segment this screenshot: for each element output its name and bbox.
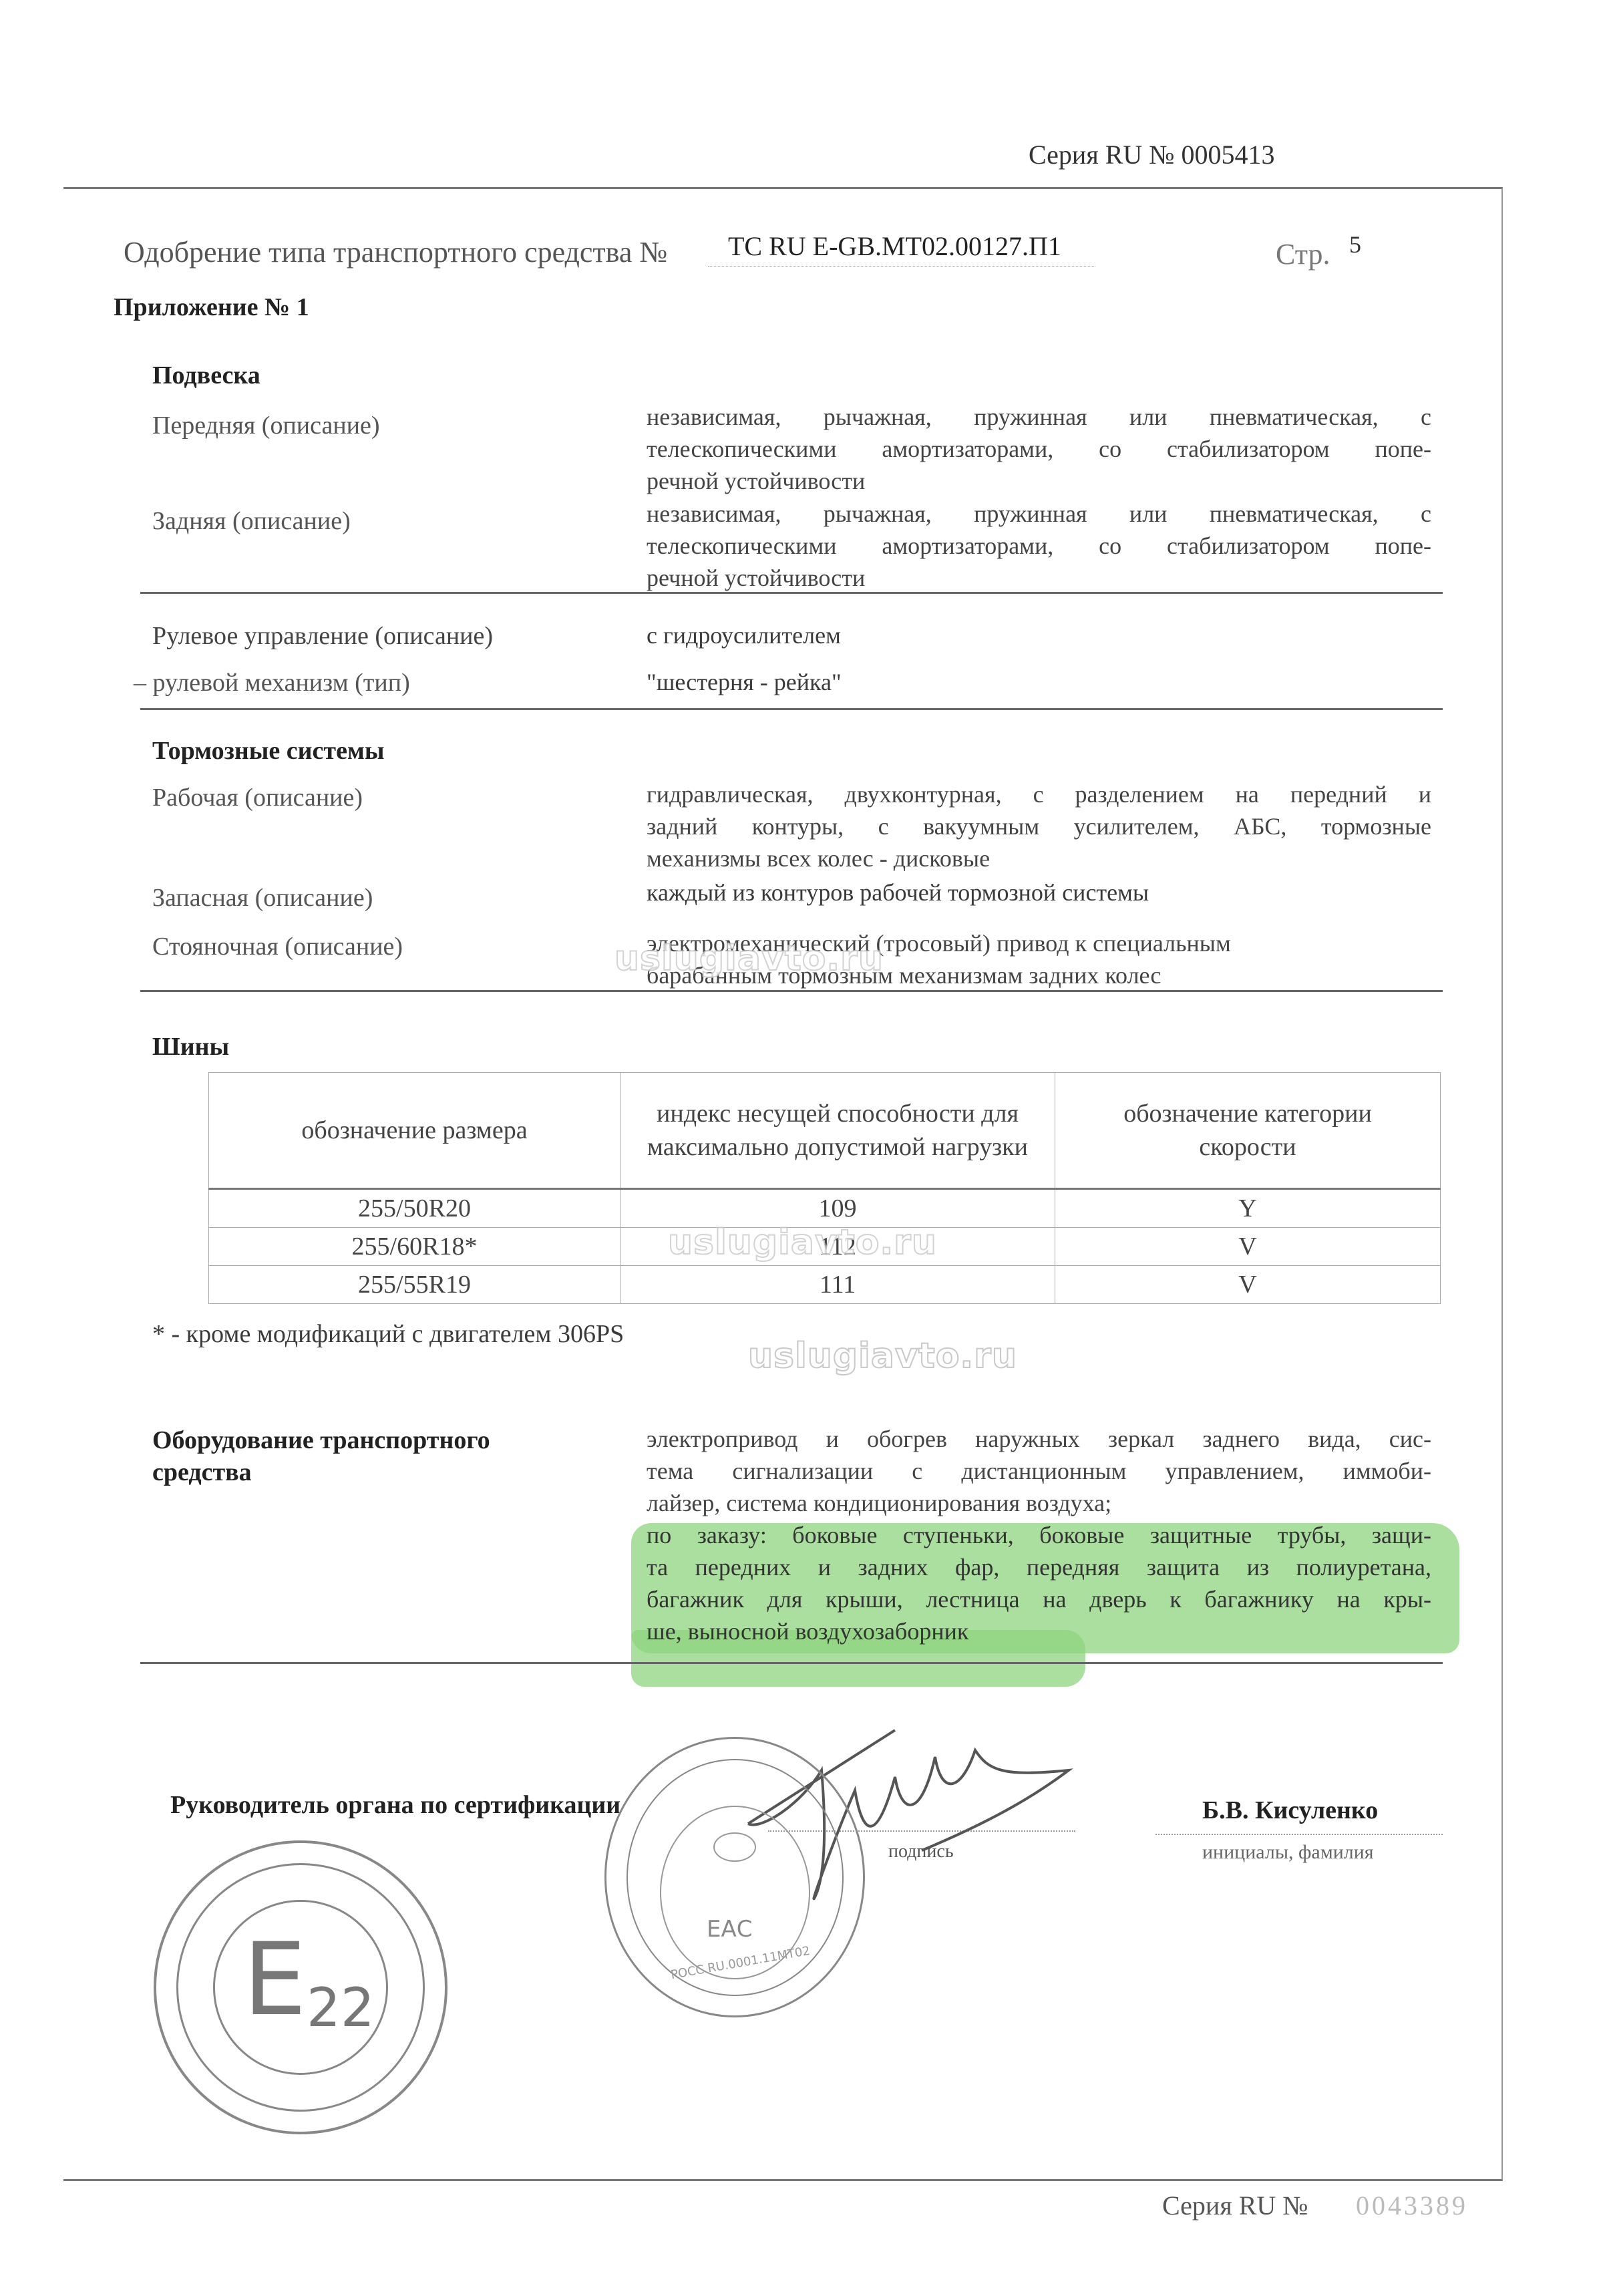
series-number-top: Серия RU № 0005413 <box>1029 139 1274 171</box>
tire-load-index: 111 <box>620 1266 1055 1304</box>
rear-suspension-label: Задняя (описание) <box>152 506 351 537</box>
steering-value: с гидроусилителем <box>647 621 841 650</box>
watermark: uslugiavto.ru <box>668 1222 937 1263</box>
steering-label: Рулевое управление (описание) <box>152 621 493 652</box>
tire-size: 255/60R18* <box>209 1228 620 1266</box>
approval-number-underline <box>708 266 1095 267</box>
separator <box>140 1662 1443 1664</box>
series-label-bottom: Серия RU № <box>1162 2190 1308 2222</box>
col-load-index: индекс несущей способности для максималь… <box>620 1073 1055 1189</box>
front-suspension-label: Передняя (описание) <box>152 411 380 442</box>
col-size: обозначение размера <box>209 1073 620 1189</box>
brakes-heading: Тормозные системы <box>152 736 385 767</box>
suspension-heading: Подвеска <box>152 361 260 391</box>
signatory-name: Б.В. Кисуленко <box>1202 1796 1378 1826</box>
steering-mechanism-value: "шестерня - рейка" <box>647 668 842 697</box>
separator <box>140 592 1443 594</box>
tire-size: 255/55R19 <box>209 1266 620 1304</box>
tire-row: 255/55R19111V <box>209 1266 1441 1304</box>
series-number-bottom: 0043389 <box>1356 2190 1468 2222</box>
col-speed-category: обозначение категории скорости <box>1055 1073 1441 1189</box>
service-brake-value: гидравлическая, двухконтурная, с разделе… <box>647 778 1431 874</box>
signatory-role: Руководитель органа по сертификации <box>170 1790 620 1821</box>
front-suspension-value: независимая, рычажная, пружинная или пне… <box>647 401 1431 497</box>
tire-size: 255/50R20 <box>209 1189 620 1228</box>
tire-speed: V <box>1055 1266 1441 1304</box>
tire-load-index: 109 <box>620 1189 1055 1228</box>
page-number: 5 <box>1349 230 1361 259</box>
stamp-eac-mark: ЕАС <box>707 1916 752 1943</box>
tire-speed: Y <box>1055 1189 1441 1228</box>
stamp-logo-icon <box>713 1832 756 1862</box>
certification-body-stamp: ЕАС РОСС RU.0001.11МТ02 <box>604 1737 865 2017</box>
tires-heading: Шины <box>152 1032 229 1063</box>
separator <box>140 708 1443 710</box>
rear-suspension-value: независимая, рычажная, пружинная или пне… <box>647 498 1431 594</box>
tires-table: обозначение размера индекс несущей спосо… <box>208 1072 1441 1304</box>
approval-number: ТС RU E-GB.MT02.00127.П1 <box>728 230 1061 263</box>
name-line <box>1155 1834 1443 1835</box>
spare-brake-label: Запасная (описание) <box>152 883 373 914</box>
stamp-number: 22 <box>307 1977 375 2039</box>
tire-speed: V <box>1055 1228 1441 1266</box>
tires-footnote: * - кроме модификаций с двигателем 306PS <box>152 1319 624 1350</box>
parking-brake-label: Стояночная (описание) <box>152 932 403 963</box>
appendix-title: Приложение № 1 <box>114 293 309 323</box>
approval-title: Одобрение типа транспортного средства № <box>124 235 667 271</box>
separator <box>140 990 1443 992</box>
stamp-e-mark: E <box>243 1930 307 2030</box>
service-brake-label: Рабочая (описание) <box>152 783 363 814</box>
spare-brake-value: каждый из контуров рабочей тормозной сис… <box>647 878 1149 907</box>
approval-stamp-e22: E 22 <box>154 1840 448 2134</box>
tire-row: 255/50R20109Y <box>209 1189 1441 1228</box>
equipment-label: Оборудование транспортного средства <box>152 1424 490 1488</box>
watermark: uslugiavto.ru <box>614 939 884 979</box>
watermark: uslugiavto.ru <box>748 1336 1017 1376</box>
equipment-value: электропривод и обогрев наружных зеркал … <box>647 1423 1431 1647</box>
name-caption: инициалы, фамилия <box>1202 1840 1374 1864</box>
page-label: Стр. <box>1276 237 1330 273</box>
steering-mechanism-label: – рулевой механизм (тип) <box>134 668 410 699</box>
